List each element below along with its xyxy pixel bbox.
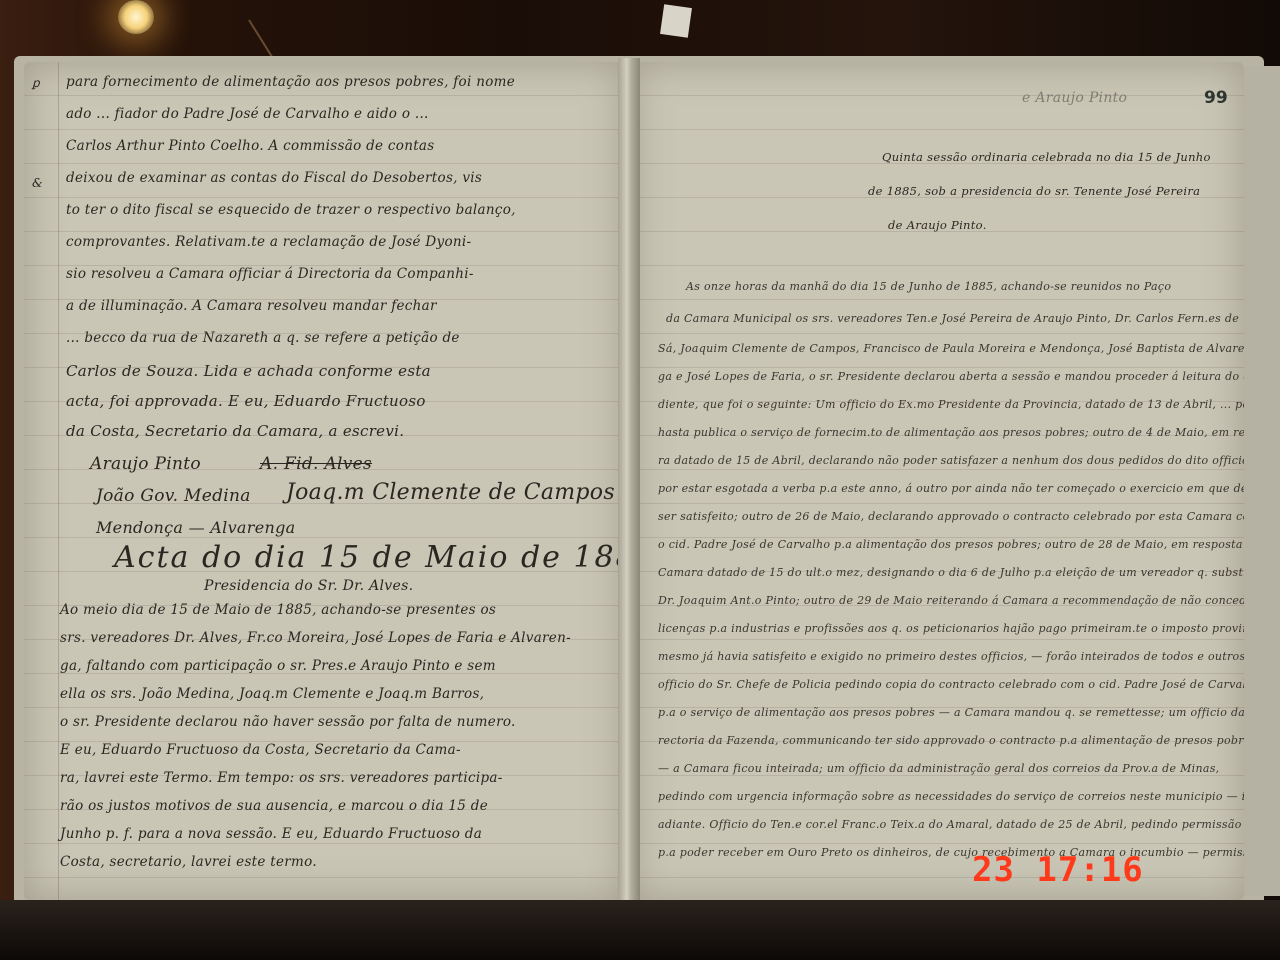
text-line: acta, foi approvada. E eu, Eduardo Fruct…: [66, 392, 426, 410]
signature: João Gov. Medina: [96, 486, 251, 506]
text-line: ga e José Lopes de Faria, o sr. Presiden…: [658, 370, 1244, 383]
page-number: 99: [1204, 88, 1228, 108]
text-line: da Camara Municipal os srs. vereadores T…: [666, 312, 1239, 325]
text-line: o cid. Padre José de Carvalho p.a alimen…: [658, 538, 1244, 551]
text-line: ra datado de 15 de Abril, declarando não…: [658, 454, 1244, 467]
text-line: Carlos Arthur Pinto Coelho. A commissão …: [66, 138, 435, 154]
text-line: Sá, Joaquim Clemente de Campos, Francisc…: [658, 342, 1244, 355]
text-line: Costa, secretario, lavrei este termo.: [60, 854, 317, 870]
session-heading: de Araujo Pinto.: [888, 218, 987, 232]
text-line: deixou de examinar as contas do Fiscal d…: [66, 170, 482, 186]
text-line: E eu, Eduardo Fructuoso da Costa, Secret…: [60, 742, 461, 758]
text-line: ga, faltando com participação o sr. Pres…: [60, 658, 496, 674]
book-spine: [618, 58, 640, 904]
text-line: sio resolveu a Camara officiar á Directo…: [66, 266, 474, 282]
torn-paper-scrap: [660, 4, 692, 38]
signature: Mendonça — Alvarenga: [96, 518, 295, 537]
text-line: — a Camara ficou inteirada; um officio d…: [658, 762, 1219, 775]
text-line: hasta publica o serviço de fornecim.to d…: [658, 426, 1244, 439]
camera-timestamp-overlay: 23 17:16: [972, 850, 1144, 890]
margin-mark: ꝑ: [32, 76, 40, 90]
text-line: mesmo já havia satisfeito e exigido no p…: [658, 650, 1244, 663]
text-line: ado ... fiador do Padre José de Carvalho…: [66, 106, 429, 122]
text-line: para fornecimento de alimentação aos pre…: [66, 74, 515, 90]
text-line: adiante. Officio do Ten.e cor.el Franc.o…: [658, 818, 1242, 831]
session-heading: Quinta sessão ordinaria celebrada no dia…: [882, 150, 1211, 164]
lamp-light: [118, 0, 154, 34]
next-page-edge: [1244, 66, 1280, 896]
text-line: Junho p. f. para a nova sessão. E eu, Ed…: [60, 826, 482, 842]
signature: Joaq.m Clemente de Campos: [286, 480, 615, 505]
minute-title: Acta do dia 15 de Maio de 1885: [114, 540, 624, 575]
text-line: a de illuminação. A Camara resolveu mand…: [66, 298, 437, 314]
text-line: to ter o dito fiscal se esquecido de tra…: [66, 202, 516, 218]
text-line: p.a poder receber em Ouro Preto os dinhe…: [658, 846, 1244, 859]
text-line: comprovantes. Relativam.te a reclamação …: [66, 234, 471, 250]
text-line: ... becco da rua de Nazareth a q. se ref…: [66, 330, 460, 346]
text-line: rectoria da Fazenda, communicando ter si…: [658, 734, 1244, 747]
margin-rule: [58, 62, 59, 900]
text-line: Dr. Joaquim Ant.o Pinto; outro de 29 de …: [658, 594, 1244, 607]
margin-mark: &: [32, 176, 43, 190]
text-line: diente, que foi o seguinte: Um officio d…: [658, 398, 1244, 411]
session-heading: de 1885, sob a presidencia do sr. Tenent…: [868, 184, 1200, 198]
text-line: p.a o serviço de alimentação aos presos …: [658, 706, 1244, 719]
text-line: As onze horas da manhã do dia 15 de Junh…: [686, 280, 1171, 293]
left-page: ꝑ & para fornecimento de alimentação aos…: [24, 62, 624, 900]
text-line: Camara datado de 15 do ult.o mez, design…: [658, 566, 1244, 579]
text-line: rão os justos motivos de sua ausencia, e…: [60, 798, 488, 814]
text-line: ser satisfeito; outro de 26 de Maio, dec…: [658, 510, 1244, 523]
text-line: officio do Sr. Chefe de Policia pedindo …: [658, 678, 1244, 691]
text-line: da Costa, Secretario da Camara, a escrev…: [66, 422, 404, 440]
text-line: licenças p.a industrias e profissões aos…: [658, 622, 1244, 635]
text-line: por estar esgotada a verba p.a este anno…: [658, 482, 1244, 495]
faint-header: e Araujo Pinto: [1022, 90, 1127, 106]
signature: Araujo Pinto: [90, 454, 201, 474]
text-line: ella os srs. João Medina, Joaq.m Clement…: [60, 686, 484, 702]
text-line: pedindo com urgencia informação sobre as…: [658, 790, 1244, 803]
right-page: e Araujo Pinto 99 Quinta sessão ordinari…: [632, 62, 1244, 900]
minute-subtitle: Presidencia do Sr. Dr. Alves.: [204, 578, 413, 594]
table-edge: [0, 900, 1280, 960]
text-line: o sr. Presidente declarou não haver sess…: [60, 714, 516, 730]
text-line: ra, lavrei este Termo. Em tempo: os srs.…: [60, 770, 503, 786]
text-line: srs. vereadores Dr. Alves, Fr.co Moreira…: [60, 630, 571, 646]
text-line: Ao meio dia de 15 de Maio de 1885, achan…: [60, 602, 496, 618]
signature: A. Fid. Alves: [260, 454, 372, 474]
text-line: Carlos de Souza. Lida e achada conforme …: [66, 362, 431, 380]
